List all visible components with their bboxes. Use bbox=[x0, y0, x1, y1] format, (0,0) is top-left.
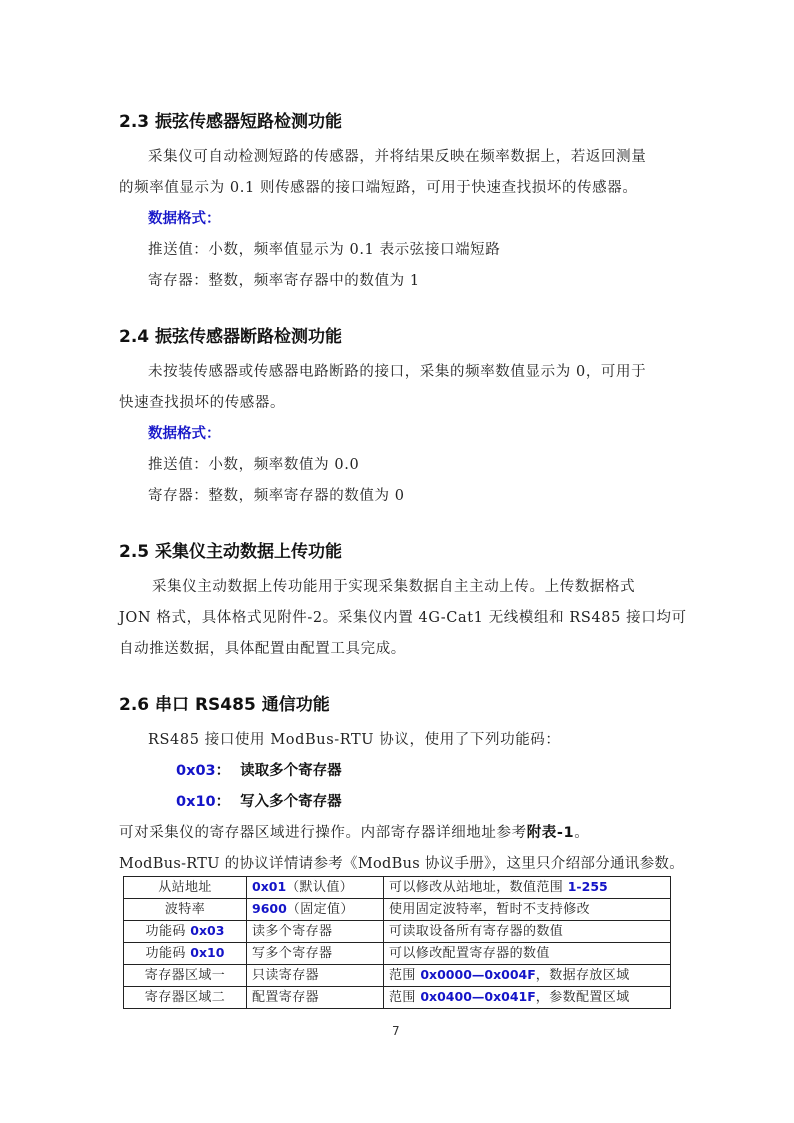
cell-code: 0x01 bbox=[252, 879, 286, 894]
table-cell: 配置寄存器 bbox=[247, 987, 384, 1009]
table-cell: 范围 0x0000—0x004F，数据存放区域 bbox=[384, 965, 671, 987]
paragraph-line: 未按装传感器或传感器电路断路的接口，采集的频率数值显示为 0，可用于 bbox=[148, 360, 646, 381]
cell-text: 寄存器区域一 bbox=[145, 968, 225, 983]
communication-params-table: 从站地址 0x01（默认值） 可以修改从站地址，数值范围 1-255 波特率 9… bbox=[123, 876, 671, 1009]
function-code-sep: ： bbox=[216, 794, 231, 810]
table-cell: 9600（固定值） bbox=[247, 899, 384, 921]
data-format-label: 数据格式： bbox=[148, 207, 221, 228]
cell-text: 可以修改从站地址，数值范围 bbox=[389, 880, 568, 895]
section-heading-2-6: 2.6 串口 RS485 通信功能 bbox=[119, 690, 330, 715]
table-row: 波特率 9600（固定值） 使用固定波特率，暂时不支持修改 bbox=[124, 899, 671, 921]
function-code-sep: ： bbox=[216, 763, 231, 779]
cell-text: 波特率 bbox=[165, 902, 205, 917]
table-cell: 使用固定波特率，暂时不支持修改 bbox=[384, 899, 671, 921]
cell-text: 只读寄存器 bbox=[252, 968, 319, 983]
cell-text: 可读取设备所有寄存器的数值 bbox=[389, 924, 563, 939]
cell-text: ，数据存放区域 bbox=[536, 968, 630, 983]
table-cell: 范围 0x0400—0x041F，参数配置区域 bbox=[384, 987, 671, 1009]
cell-text: 可以修改配置寄存器的数值 bbox=[389, 946, 550, 961]
cell-text: 读多个寄存器 bbox=[252, 924, 332, 939]
function-code-desc: 写入多个寄存器 bbox=[240, 794, 342, 810]
cell-code: 0x03 bbox=[190, 923, 224, 938]
cell-code: 1-255 bbox=[568, 879, 608, 894]
cell-text: 配置寄存器 bbox=[252, 990, 319, 1005]
push-value-text: 推送值：小数，频率值显示为 0.1 表示弦接口端短路 bbox=[148, 238, 500, 259]
cell-text: 从站地址 bbox=[158, 880, 212, 895]
cell-text: （默认值） bbox=[286, 880, 353, 895]
cell-text: 范围 bbox=[389, 968, 420, 983]
cell-code: 0x10 bbox=[190, 945, 224, 960]
paragraph-line: 采集仪主动数据上传功能用于实现采集数据自主主动上传。上传数据格式 bbox=[152, 575, 635, 596]
table-row: 从站地址 0x01（默认值） 可以修改从站地址，数值范围 1-255 bbox=[124, 877, 671, 899]
function-code-item: 0x10：写入多个寄存器 bbox=[176, 790, 342, 811]
table-row: 功能码 0x03 读多个寄存器 可读取设备所有寄存器的数值 bbox=[124, 921, 671, 943]
table-cell: 寄存器区域二 bbox=[124, 987, 247, 1009]
table-cell: 波特率 bbox=[124, 899, 247, 921]
paragraph-line: JON 格式，具体格式见附件-2。采集仪内置 4G-Cat1 无线模组和 RS4… bbox=[119, 606, 687, 627]
manual-note: ModBus-RTU 的协议详情请参考《ModBus 协议手册》，这里只介绍部分… bbox=[119, 852, 684, 873]
table-cell: 寄存器区域一 bbox=[124, 965, 247, 987]
cell-code: 0x0000—0x004F bbox=[420, 967, 535, 982]
function-code: 0x03 bbox=[176, 763, 216, 779]
table-cell: 从站地址 bbox=[124, 877, 247, 899]
paragraph-line: 快速查找损坏的传感器。 bbox=[119, 391, 285, 412]
table-cell: 可以修改配置寄存器的数值 bbox=[384, 943, 671, 965]
section-heading-2-3: 2.3 振弦传感器短路检测功能 bbox=[119, 107, 342, 132]
register-note: 可对采集仪的寄存器区域进行操作。内部寄存器详细地址参考附表-1。 bbox=[119, 821, 589, 842]
function-code: 0x10 bbox=[176, 794, 216, 810]
register-note-text: 可对采集仪的寄存器区域进行操作。内部寄存器详细地址参考 bbox=[119, 825, 527, 841]
paragraph-line: 采集仪可自动检测短路的传感器，并将结果反映在频率数据上，若返回测量 bbox=[148, 145, 646, 166]
data-format-label: 数据格式： bbox=[148, 422, 221, 443]
table-cell: 只读寄存器 bbox=[247, 965, 384, 987]
page-number: 7 bbox=[392, 1024, 400, 1038]
appendix-reference: 附表-1 bbox=[527, 825, 575, 841]
function-code-desc: 读取多个寄存器 bbox=[240, 763, 342, 779]
section-heading-2-4: 2.4 振弦传感器断路检测功能 bbox=[119, 322, 342, 347]
table-cell: 写多个寄存器 bbox=[247, 943, 384, 965]
section-heading-2-5: 2.5 采集仪主动数据上传功能 bbox=[119, 537, 342, 562]
rs485-intro: RS485 接口使用 ModBus-RTU 协议，使用了下列功能码： bbox=[148, 728, 561, 749]
table-cell: 功能码 0x03 bbox=[124, 921, 247, 943]
register-text: 寄存器：整数，频率寄存器的数值为 0 bbox=[148, 484, 405, 505]
cell-text: ，参数配置区域 bbox=[536, 990, 630, 1005]
cell-code: 0x0400—0x041F bbox=[420, 989, 535, 1004]
push-value-text: 推送值：小数，频率数值为 0.0 bbox=[148, 453, 359, 474]
table-row: 寄存器区域一 只读寄存器 范围 0x0000—0x004F，数据存放区域 bbox=[124, 965, 671, 987]
table-cell: 功能码 0x10 bbox=[124, 943, 247, 965]
cell-text: 写多个寄存器 bbox=[252, 946, 332, 961]
cell-text: 功能码 bbox=[146, 946, 191, 961]
table-cell: 读多个寄存器 bbox=[247, 921, 384, 943]
cell-text: 功能码 bbox=[146, 924, 191, 939]
cell-text: （固定值） bbox=[287, 902, 354, 917]
paragraph-line: 自动推送数据，具体配置由配置工具完成。 bbox=[119, 637, 406, 658]
cell-text: 寄存器区域二 bbox=[145, 990, 225, 1005]
paragraph-line: 的频率值显示为 0.1 则传感器的接口端短路，可用于快速查找损坏的传感器。 bbox=[119, 176, 637, 197]
table-cell: 0x01（默认值） bbox=[247, 877, 384, 899]
cell-text: 范围 bbox=[389, 990, 420, 1005]
cell-text: 使用固定波特率，暂时不支持修改 bbox=[389, 902, 590, 917]
register-note-end: 。 bbox=[574, 825, 589, 841]
register-text: 寄存器：整数，频率寄存器中的数值为 1 bbox=[148, 269, 420, 290]
table-row: 功能码 0x10 写多个寄存器 可以修改配置寄存器的数值 bbox=[124, 943, 671, 965]
function-code-item: 0x03：读取多个寄存器 bbox=[176, 759, 342, 780]
table-row: 寄存器区域二 配置寄存器 范围 0x0400—0x041F，参数配置区域 bbox=[124, 987, 671, 1009]
cell-code: 9600 bbox=[252, 901, 287, 916]
table-cell: 可读取设备所有寄存器的数值 bbox=[384, 921, 671, 943]
table-cell: 可以修改从站地址，数值范围 1-255 bbox=[384, 877, 671, 899]
